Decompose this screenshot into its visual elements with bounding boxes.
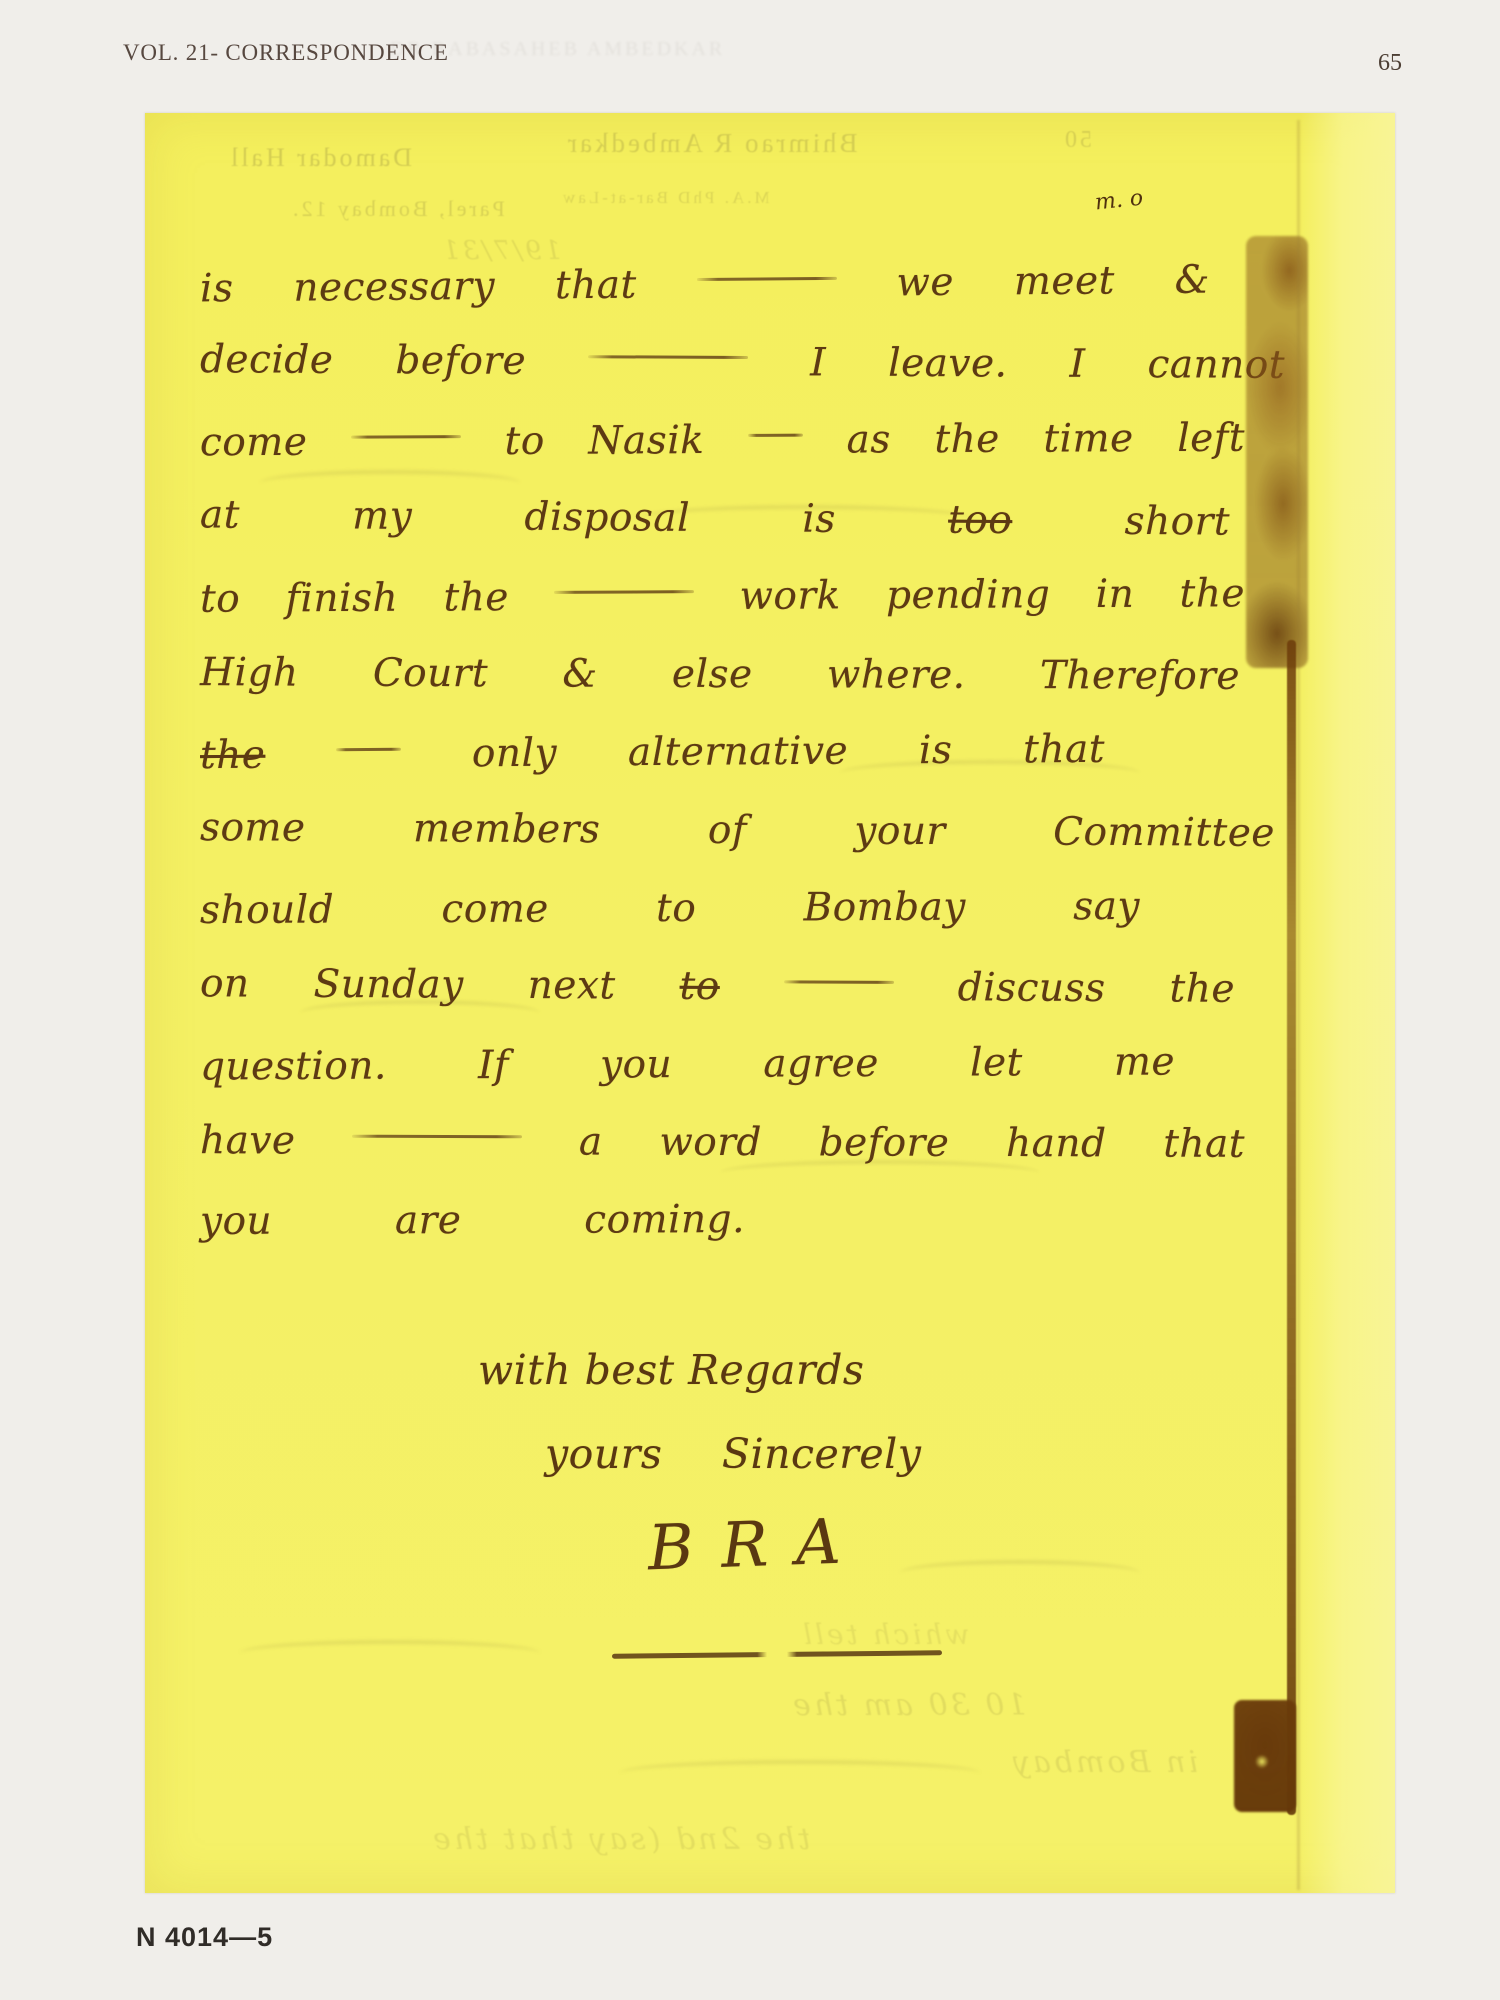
handwritten-word: I — [1069, 342, 1085, 387]
handwritten-line: tofinishtheworkpendinginthe — [200, 571, 1245, 621]
handwritten-word: we — [896, 260, 954, 305]
handwritten-word: alternative — [628, 729, 849, 776]
handwritten-line: somemembersofyourCommittee — [200, 805, 1275, 856]
handwritten-word: you — [200, 1199, 272, 1244]
print-code: N 4014—5 — [136, 1922, 273, 1953]
handwritten-word: Nasik — [588, 418, 704, 464]
handwritten-word: before — [819, 1120, 950, 1165]
handwritten-word: Court — [373, 651, 488, 696]
handwritten-word: Committee — [1053, 810, 1275, 856]
handwritten-word: time — [1043, 416, 1133, 461]
bleedthrough-text: Parel, Bombay 12. — [290, 196, 505, 222]
handwritten-word: my — [352, 493, 412, 538]
handwritten-word: have — [200, 1118, 296, 1163]
stray-ink-mark: m. o — [1094, 186, 1144, 216]
handwritten-word: I — [810, 340, 826, 385]
handwritten-word: hand — [1006, 1121, 1107, 1166]
handwritten-word: to — [656, 886, 696, 931]
handwritten-word: short — [1124, 499, 1230, 545]
bleedthrough-text: 50 — [1062, 127, 1092, 154]
handwritten-word: decide — [200, 337, 334, 383]
handwritten-word: coming. — [584, 1197, 745, 1243]
pen-flourish — [336, 748, 401, 751]
handwritten-word: you — [600, 1042, 672, 1087]
pen-flourish — [588, 355, 748, 359]
bleedthrough-text: 10 30 am the — [790, 1688, 1026, 1723]
handwritten-word: & — [562, 651, 597, 696]
handwritten-word: of — [708, 808, 747, 853]
handwritten-word: that — [1023, 727, 1105, 773]
ink-stain-vertical-line — [1287, 640, 1296, 1815]
closing-sincerely: yours Sincerely — [545, 1430, 921, 1478]
bleed-squiggle — [240, 1640, 540, 1666]
handwritten-line: shouldcometoBombaysay — [200, 884, 1140, 933]
handwritten-word: to — [505, 419, 545, 464]
handwritten-line: atmydisposalistooshort — [200, 492, 1230, 544]
page-fold-shadow — [1297, 120, 1300, 1890]
handwritten-word: High — [200, 650, 299, 695]
handwritten-word: too — [948, 498, 1012, 543]
handwritten-word: let — [970, 1040, 1023, 1085]
header-ghost-text: DR BABASAHEB AMBEDKAR — [390, 38, 1110, 61]
handwritten-word: the — [1169, 966, 1235, 1011]
handwritten-word: finish — [285, 576, 398, 622]
handwritten-word: the — [443, 575, 509, 620]
pen-flourish — [697, 277, 837, 281]
handwritten-word: word — [659, 1120, 762, 1165]
handwritten-word: next — [528, 963, 616, 1008]
handwritten-word: say — [1073, 884, 1140, 929]
handwritten-line: theonlyalternativeisthat — [200, 727, 1105, 778]
handwritten-word: If — [478, 1043, 509, 1088]
handwritten-word: before — [395, 338, 526, 384]
pen-flourish — [748, 434, 803, 437]
pen-flourish — [554, 590, 694, 594]
handwritten-line: onSundaynexttodiscussthe — [200, 961, 1235, 1011]
bleed-squiggle — [620, 1760, 980, 1786]
bleedthrough-text: Damodar Hall — [228, 143, 412, 173]
bleed-squiggle — [900, 1560, 1140, 1586]
handwritten-word: leave. — [888, 341, 1008, 387]
handwritten-word: that — [555, 263, 637, 309]
handwritten-word: question. — [200, 1044, 387, 1090]
handwritten-word: some — [200, 805, 306, 851]
closing-regards: with best Regards — [478, 1346, 864, 1394]
handwritten-word: at — [200, 492, 240, 537]
signature: B R A — [647, 1505, 846, 1585]
bleedthrough-text: which tell — [800, 1618, 969, 1651]
handwritten-word: are — [395, 1198, 462, 1243]
handwritten-word: your — [854, 809, 946, 854]
handwritten-line: HighCourt&elsewhere.Therefore — [200, 650, 1240, 699]
handwritten-word: that — [1163, 1122, 1245, 1167]
handwritten-word: is — [200, 266, 234, 311]
handwritten-word: discuss — [958, 965, 1106, 1011]
handwritten-word: Bombay — [803, 885, 966, 931]
bleedthrough-text: 19/7/31 — [440, 236, 561, 266]
handwritten-word: only — [472, 731, 557, 777]
pen-flourish — [784, 980, 894, 984]
handwritten-word: come — [441, 887, 549, 932]
page-right-wash — [1300, 113, 1395, 1893]
handwritten-word: to — [200, 577, 240, 622]
handwritten-line: question.Ifyouagreeletme — [200, 1039, 1175, 1089]
pen-flourish — [352, 1135, 522, 1139]
handwritten-word: agree — [763, 1041, 879, 1087]
handwritten-word: is — [802, 497, 836, 542]
handwritten-word: on — [200, 961, 250, 1006]
handwritten-word: work — [739, 573, 840, 619]
handwritten-word: Sunday — [313, 962, 463, 1008]
handwritten-word: a — [579, 1119, 603, 1164]
ink-stain-bottom — [1234, 1700, 1296, 1812]
handwritten-word: as — [846, 417, 890, 462]
pen-flourish — [351, 435, 461, 438]
handwritten-word: members — [413, 806, 600, 852]
handwritten-word: else — [672, 652, 753, 697]
handwritten-line: haveawordbeforehandthat — [200, 1118, 1245, 1167]
handwritten-word: necessary — [293, 264, 495, 311]
handwritten-line: decidebeforeIleave.Icannot — [200, 337, 1285, 388]
handwritten-word: the — [934, 417, 1000, 462]
handwritten-line: isnecessarythatwemeet& — [200, 258, 1210, 312]
handwritten-word: meet — [1014, 258, 1115, 304]
handwritten-word: is — [919, 728, 953, 773]
bleedthrough-text: in Bombay — [1010, 1745, 1198, 1780]
page-background: { "book": { "header_left": "VOL. 21- COR… — [0, 0, 1500, 2000]
page-number: 65 — [1378, 50, 1402, 77]
handwritten-line: cometoNasikasthetimeleft — [200, 416, 1245, 466]
bleed-squiggle — [260, 470, 520, 496]
handwritten-word: pending — [886, 572, 1050, 618]
handwritten-word: where. — [827, 652, 966, 697]
bleedthrough-text: M.A. PhD Bar-at-Law — [560, 188, 770, 208]
handwritten-line: youarecoming. — [200, 1197, 745, 1244]
bleedthrough-text: Bhimrao R Ambedkar — [565, 128, 857, 159]
handwritten-word: left — [1177, 416, 1245, 461]
handwritten-word: & — [1175, 258, 1211, 303]
handwritten-word: the — [200, 733, 266, 778]
handwritten-word: disposal — [524, 495, 690, 541]
handwritten-word: the — [1179, 571, 1245, 616]
handwritten-word: to — [679, 964, 719, 1009]
handwritten-word: in — [1096, 572, 1135, 617]
handwritten-word: Therefore — [1040, 653, 1240, 699]
handwritten-word: me — [1114, 1039, 1175, 1084]
handwritten-word: come — [200, 420, 308, 465]
bleedthrough-text: the 2nd (say that the — [430, 1822, 810, 1857]
handwritten-word: should — [200, 887, 334, 933]
